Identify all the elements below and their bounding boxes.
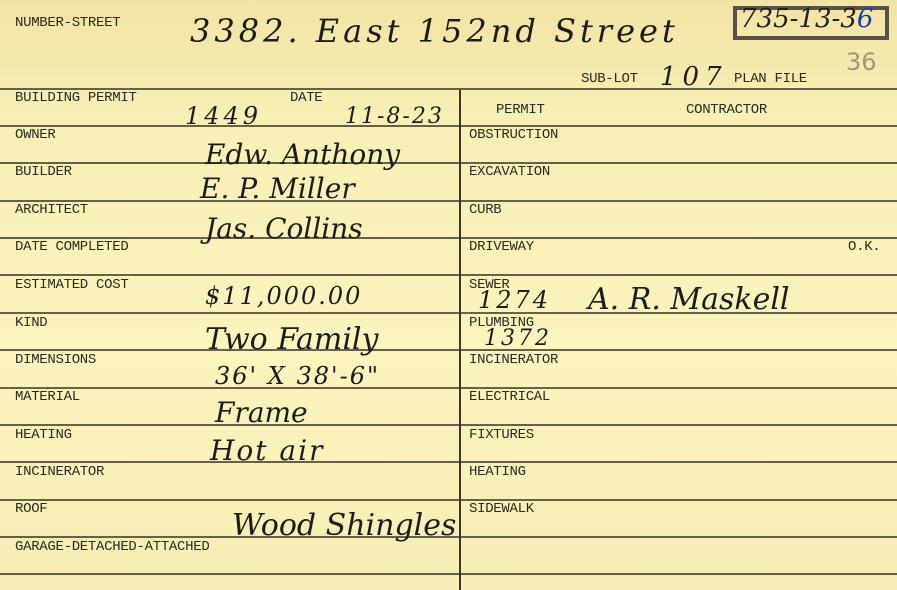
sublot-label: SUB-LOT	[581, 71, 638, 87]
permit-header: PERMIT	[496, 102, 545, 118]
kind-label: KIND	[15, 315, 47, 331]
sewer-permit-number: 1274	[478, 286, 551, 314]
permit-card: NUMBER-STREET 3382. East 152nd Street 73…	[0, 0, 897, 590]
number-street-value: 3382. East 152nd Street	[190, 12, 679, 50]
rule	[0, 573, 897, 575]
builder-label: BUILDER	[15, 164, 72, 180]
plan-file-label: PLAN FILE	[734, 71, 807, 87]
owner-value: Edw. Anthony	[205, 138, 400, 171]
date-value: 11-8-23	[345, 104, 444, 129]
architect-value: Jas. Collins	[205, 212, 363, 245]
date-label: DATE	[290, 90, 322, 106]
heating-permit-label: HEATING	[469, 464, 526, 480]
obstruction-label: OBSTRUCTION	[469, 127, 558, 143]
date-completed-label: DATE COMPLETED	[15, 239, 128, 255]
rule	[0, 237, 897, 239]
sewer-contractor: A. R. Maskell	[588, 282, 790, 317]
number-street-label: NUMBER-STREET	[15, 15, 120, 31]
excavation-label: EXCAVATION	[469, 164, 550, 180]
stamp-correction-digit: 6	[857, 4, 874, 34]
rule	[0, 162, 897, 164]
file-number-stamp: 735-13-36	[740, 4, 873, 34]
builder-value: E. P. Miller	[200, 172, 355, 205]
roof-value: Wood Shingles	[232, 508, 456, 543]
fixtures-label: FIXTURES	[469, 427, 534, 443]
dimensions-value: 36' X 38'-6"	[215, 362, 380, 390]
building-permit-value: 1449	[185, 102, 262, 130]
curb-label: CURB	[469, 202, 501, 218]
rule	[0, 349, 897, 351]
driveway-status: O.K.	[848, 239, 880, 255]
incinerator-permit-label: INCINERATOR	[469, 352, 558, 368]
column-divider	[459, 90, 461, 590]
electrical-label: ELECTRICAL	[469, 389, 550, 405]
estimated-cost-value: $11,000.00	[205, 282, 362, 310]
kind-value: Two Family	[205, 322, 378, 357]
sidewalk-label: SIDEWALK	[469, 501, 534, 517]
plumbing-permit-number: 1372	[484, 326, 552, 351]
material-label: MATERIAL	[15, 389, 80, 405]
rule	[0, 274, 897, 276]
heating-value: Hot air	[210, 434, 324, 467]
rule	[0, 461, 897, 463]
driveway-label: DRIVEWAY	[469, 239, 534, 255]
pencil-note: 36	[846, 48, 877, 76]
dimensions-label: DIMENSIONS	[15, 352, 96, 368]
garage-label: GARAGE-DETACHED-ATTACHED	[15, 539, 209, 555]
rule	[0, 200, 897, 202]
rule	[0, 499, 897, 501]
heating-label: HEATING	[15, 427, 72, 443]
contractor-header: CONTRACTOR	[686, 102, 767, 118]
stamp-main: 735-13-3	[740, 4, 857, 34]
owner-label: OWNER	[15, 127, 56, 143]
architect-label: ARCHITECT	[15, 202, 88, 218]
material-value: Frame	[215, 396, 308, 429]
rule	[0, 125, 897, 127]
sublot-value: 107	[660, 62, 728, 92]
building-permit-label: BUILDING PERMIT	[15, 90, 137, 106]
estimated-cost-label: ESTIMATED COST	[15, 277, 128, 293]
incinerator-label: INCINERATOR	[15, 464, 104, 480]
rule	[0, 424, 897, 426]
roof-label: ROOF	[15, 501, 47, 517]
rule	[0, 387, 897, 389]
